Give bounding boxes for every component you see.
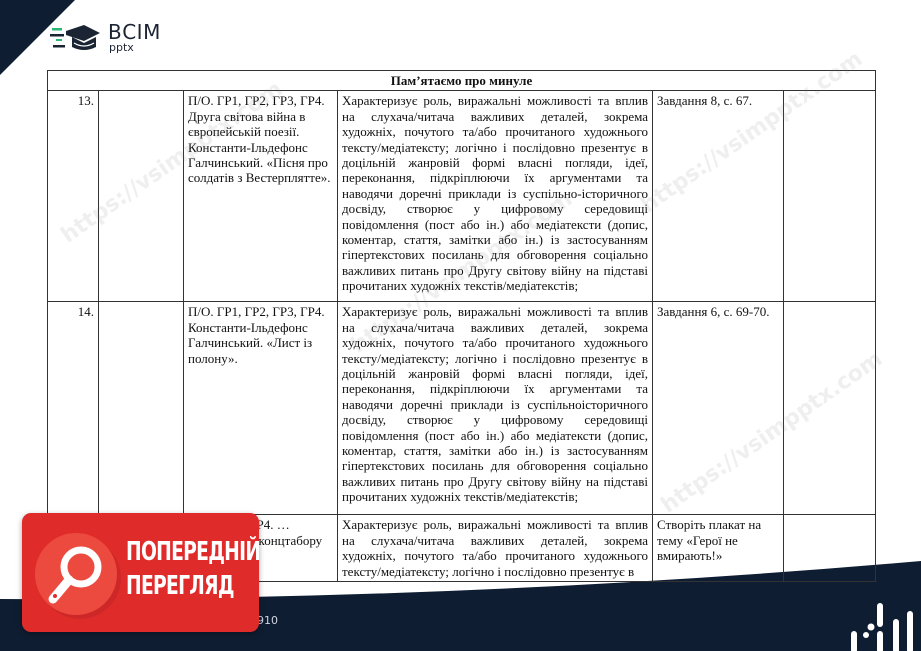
preview-label-line2: ПЕРЕГЛЯД [126,569,220,603]
lesson-topic: П/О. ГР1, ГР2, ГР3, ГР4. Константи-Ільде… [184,302,338,515]
lesson-outcomes: Характеризує роль, виражальні можливості… [338,515,653,582]
footer-text: 910 [257,614,278,627]
lesson-homework: Завдання 8, с. 67. [653,91,784,302]
lesson-notes [784,515,876,582]
bars-decoration-icon [841,591,921,651]
section-title: Пам’ятаємо про минуле [48,71,876,91]
lesson-homework: Створіть плакат на тему «Герої не вмираю… [653,515,784,582]
lesson-plan-table: Пам’ятаємо про минуле 13. П/О. ГР1, ГР2,… [47,70,876,582]
brand-title: ВСІМ [108,22,161,42]
preview-label-line1: ПОПЕРЕДНІЙ [126,535,220,569]
lesson-outcomes: Характеризує роль, виражальні можливості… [338,91,653,302]
table-row: 13. П/О. ГР1, ГР2, ГР3, ГР4. Друга світо… [48,91,876,302]
lesson-homework: Завдання 6, с. 69-70. [653,302,784,515]
lesson-number: 13. [48,91,99,302]
lesson-number: 14. [48,302,99,515]
lesson-date [99,302,184,515]
graduation-cap-icon [50,23,104,53]
magnifier-icon [35,533,117,615]
table-row: 14. П/О. ГР1, ГР2, ГР3, ГР4. Константи-І… [48,302,876,515]
lesson-topic: П/О. ГР1, ГР2, ГР3, ГР4. Друга світова в… [184,91,338,302]
lesson-date [99,91,184,302]
brand-logo: ВСІМ pptx [50,22,161,53]
lesson-notes [784,91,876,302]
section-header-row: Пам’ятаємо про минуле [48,71,876,91]
lesson-notes [784,302,876,515]
preview-badge[interactable]: ПОПЕРЕДНІЙ ПЕРЕГЛЯД [22,513,259,632]
lesson-outcomes: Характеризує роль, виражальні можливості… [338,302,653,515]
brand-subtitle: pptx [109,42,161,53]
